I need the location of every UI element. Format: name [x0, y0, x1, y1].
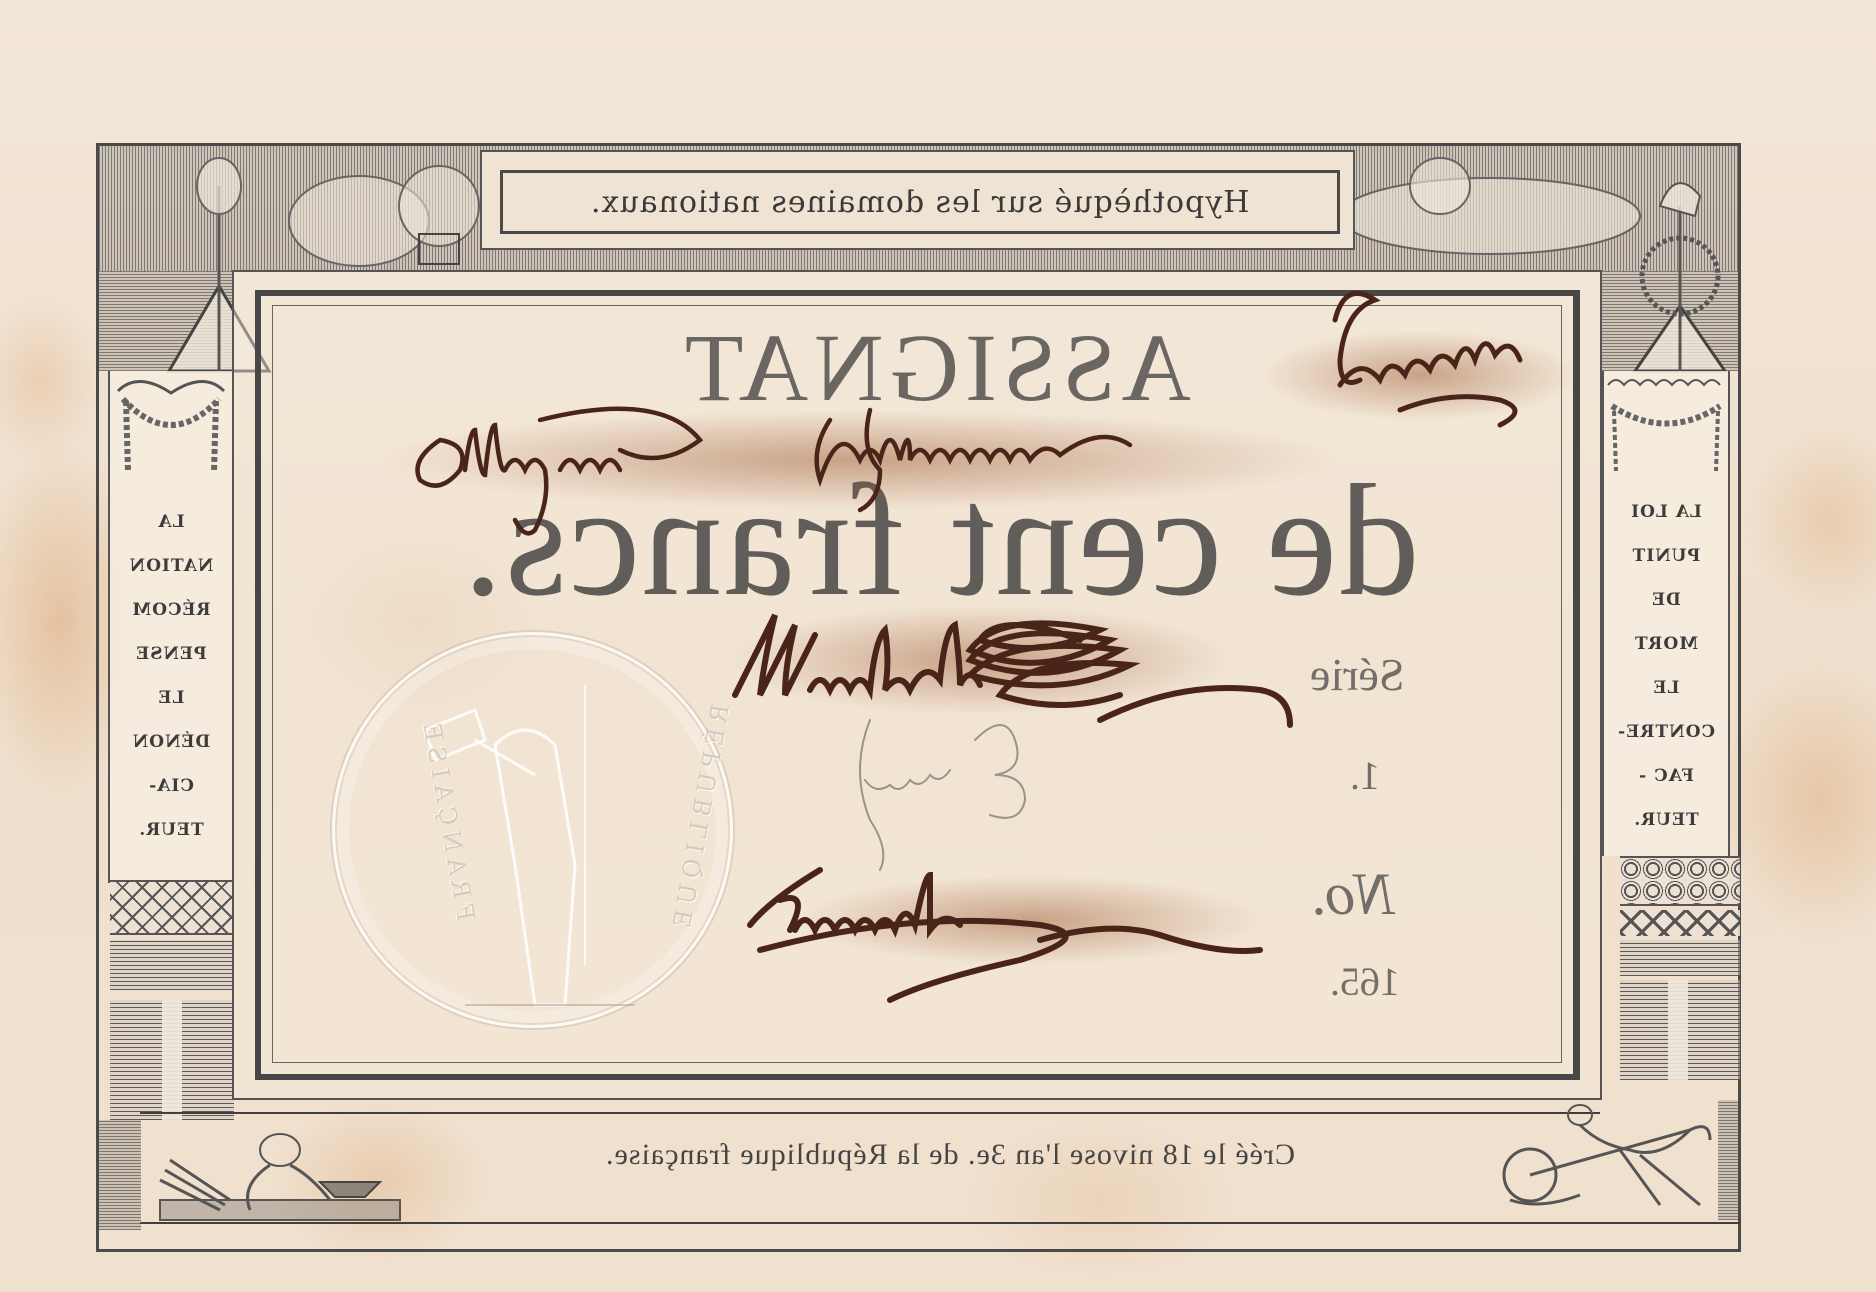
- blacksmith-vignette-icon: [140, 1120, 420, 1225]
- creation-decree-text: Créé le 18 nivose l'an 3e. de la Républi…: [605, 1138, 1295, 1172]
- creation-decree-text-container: Créé le 18 nivose l'an 3e. de la Républi…: [400, 1138, 1500, 1172]
- bottom-band-top-rule: [140, 1112, 1600, 1114]
- bottom-left-pillar-base: [99, 1120, 141, 1230]
- signature-pencil: [860, 720, 1025, 870]
- hercules-vignette-icon: [1490, 1100, 1730, 1220]
- handwritten-signatures: [0, 0, 1876, 1292]
